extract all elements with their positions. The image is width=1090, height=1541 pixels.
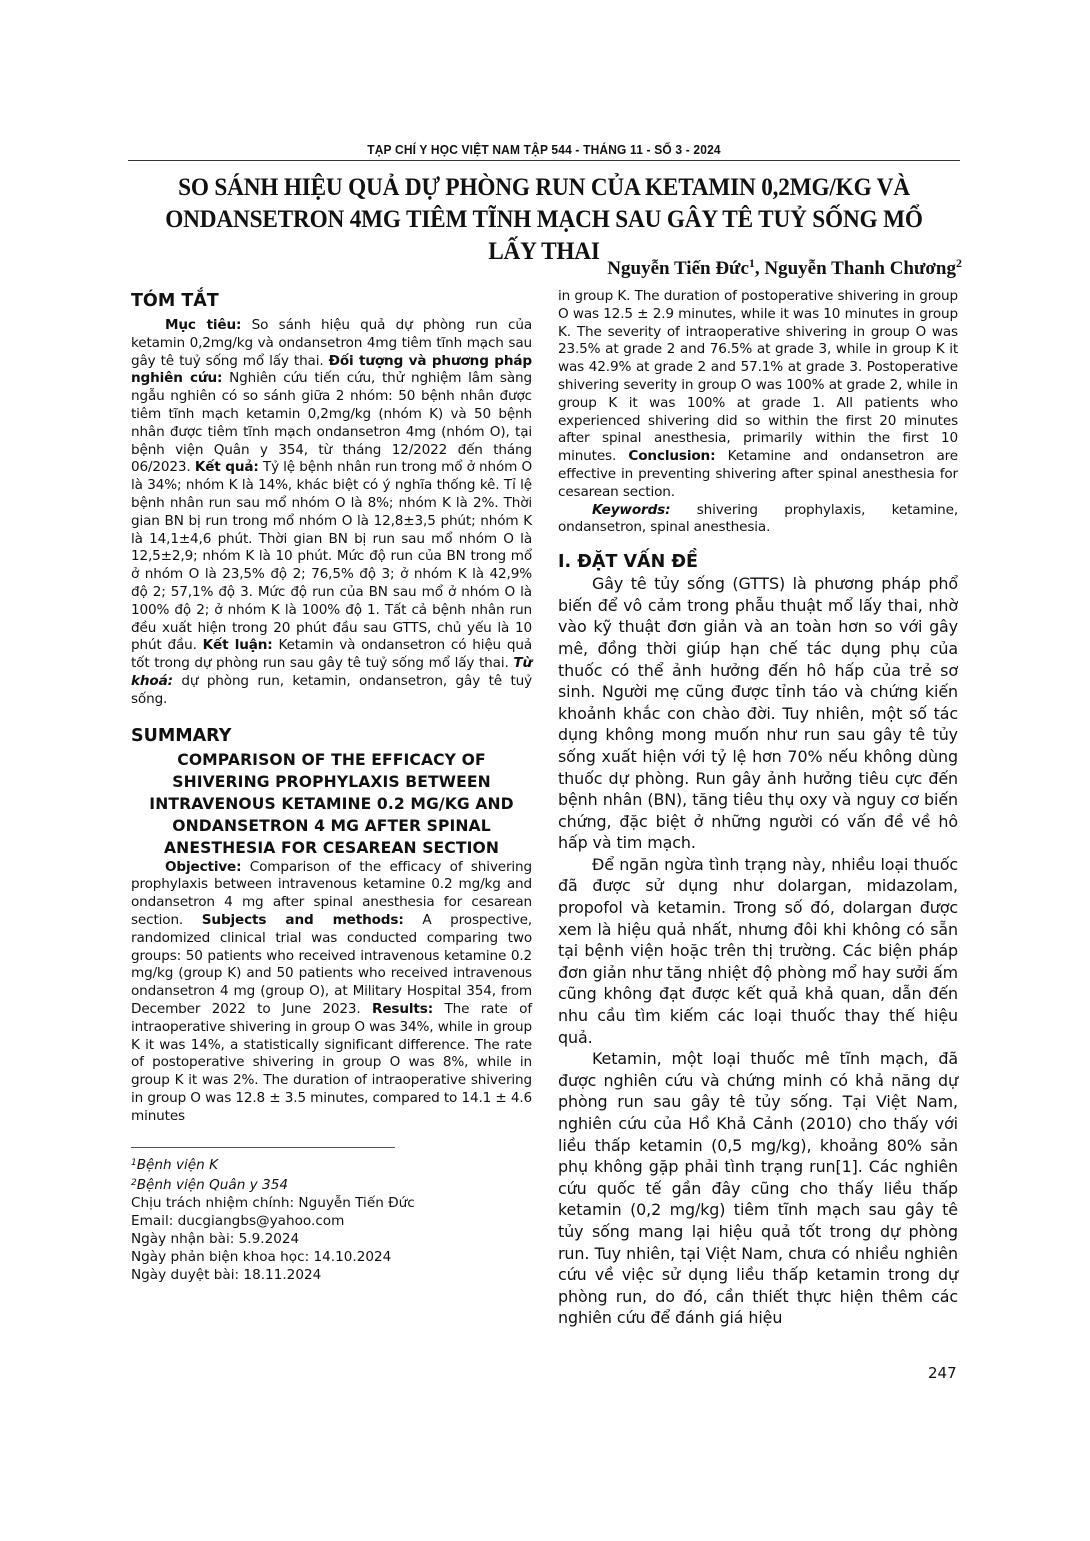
introduction-paragraph: Để ngăn ngừa tình trạng này, nhiều loại …: [558, 854, 958, 1048]
footnote-received: Ngày nhận bài: 5.9.2024: [131, 1231, 532, 1249]
results-text: The rate of intraoperative shivering in …: [131, 1001, 532, 1124]
keywords: Keywords: shivering prophylaxis, ketamin…: [558, 502, 958, 538]
conclusion-label: Kết luận:: [203, 637, 273, 653]
objective-label: Mục tiêu:: [165, 317, 241, 333]
introduction-heading: I. ĐẶT VẤN ĐỀ: [558, 551, 958, 573]
running-head: TẠP CHÍ Y HỌC VIỆT NAM TẬP 544 - THÁNG 1…: [161, 142, 926, 157]
objective-label: Objective:: [165, 859, 241, 875]
english-title: COMPARISON OF THE EFFICACY OF SHIVERING …: [131, 749, 532, 859]
author-separator: ,: [755, 258, 765, 279]
english-title-line: COMPARISON OF THE EFFICACY OF: [131, 749, 532, 771]
right-column: in group K. The duration of postoperativ…: [558, 288, 958, 1329]
keywords-text: dự phòng run, ketamin, ondansetron, gây …: [131, 673, 532, 707]
author-name: Nguyễn Thanh Chương: [764, 258, 956, 279]
footnote-affiliation-2: 2Bệnh viện Quân y 354: [131, 1175, 532, 1195]
author-name: Nguyễn Tiến Đức: [607, 258, 749, 279]
english-title-line: INTRAVENOUS KETAMINE 0.2 MG/KG AND: [131, 793, 532, 815]
header-rule: [128, 160, 960, 161]
left-column: TÓM TẮT Mục tiêu: So sánh hiệu quả dự ph…: [131, 290, 532, 1285]
footnote-rule: [131, 1147, 395, 1148]
summary-heading: SUMMARY: [131, 725, 532, 747]
footnote-accepted: Ngày duyệt bài: 18.11.2024: [131, 1267, 532, 1285]
abstract-en-body: Objective: Comparison of the efficacy of…: [131, 859, 532, 1126]
footnote-reviewed: Ngày phản biện khoa học: 14.10.2024: [131, 1249, 532, 1267]
keywords-label: Keywords:: [592, 502, 670, 518]
footnote-email: Email: ducgiangbs@yahoo.com: [131, 1213, 532, 1231]
author-affiliation-mark: 2: [956, 256, 962, 270]
affiliation-text: Bệnh viện K: [137, 1157, 218, 1173]
results-text: Tỷ lệ bệnh nhân run trong mổ ở nhóm O là…: [131, 459, 532, 653]
title-line-1: SO SÁNH HIỆU QUẢ DỰ PHÒNG RUN CỦA KETAMI…: [157, 172, 931, 204]
conclusion-label: Conclusion:: [628, 448, 715, 464]
abstract-vi-body: Mục tiêu: So sánh hiệu quả dự phòng run …: [131, 317, 532, 709]
results-label: Results:: [372, 1001, 433, 1017]
abstract-vi-heading: TÓM TẮT: [131, 290, 532, 312]
methods-label: Subjects and methods:: [202, 912, 404, 928]
english-title-line: ONDANSETRON 4 MG AFTER SPINAL: [131, 815, 532, 837]
authors: Nguyễn Tiến Đức1, Nguyễn Thanh Chương2: [607, 256, 962, 280]
abstract-en-body-continued: in group K. The duration of postoperativ…: [558, 288, 958, 502]
results-label: Kết quả:: [195, 459, 259, 475]
introduction-paragraph: Gây tê tủy sống (GTTS) là phương pháp ph…: [558, 573, 958, 854]
introduction-paragraph: Ketamin, một loại thuốc mê tĩnh mạch, đã…: [558, 1048, 958, 1329]
affiliation-text: Bệnh viện Quân y 354: [137, 1177, 288, 1193]
english-title-line: ANESTHESIA FOR CESAREAN SECTION: [131, 837, 532, 859]
page-number: 247: [928, 1364, 957, 1382]
results-text-continued: in group K. The duration of postoperativ…: [558, 288, 958, 464]
article-title: SO SÁNH HIỆU QUẢ DỰ PHÒNG RUN CỦA KETAMI…: [157, 172, 931, 268]
footnote-corresponding: Chịu trách nhiệm chính: Nguyễn Tiến Đức: [131, 1195, 532, 1213]
english-title-line: SHIVERING PROPHYLAXIS BETWEEN: [131, 771, 532, 793]
footnote-affiliation-1: 1Bệnh viện K: [131, 1155, 532, 1175]
